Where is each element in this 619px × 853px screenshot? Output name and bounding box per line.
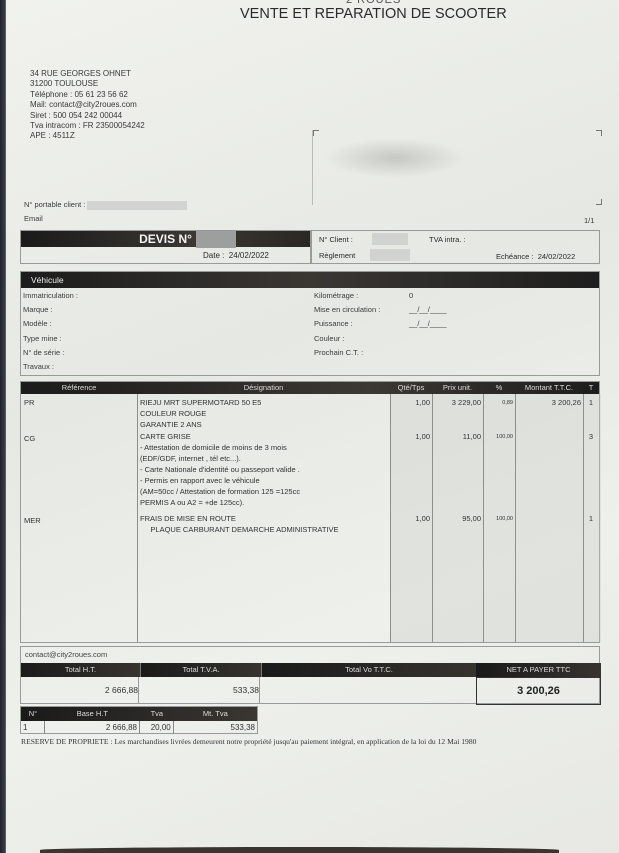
cell-percent: 0,89 [483,400,513,406]
value-first-registration: __/__/____ [409,303,447,317]
cell-qty: 1,00 [390,432,430,441]
cell-amount: 3 200,26 [515,398,581,407]
company-subtitle: VENTE ET REPARATION DE SCOOTER [240,6,507,22]
value-mileage: 0 [409,289,447,303]
quote-date-value: 24/02/2022 [229,251,269,260]
field-model: Modèle : [23,317,78,331]
vehicle-section: Véhicule Immatriculation : Marque : Modè… [20,271,600,376]
net-to-pay-value: 3 200,26 [476,677,601,705]
header-percent: % [483,382,515,394]
quote-lines-table: Référence Désignation Qté/Tps Prix unit.… [20,381,600,643]
field-type-mine: Type mine : [23,332,78,346]
cell-unit-price: 3 229,00 [432,398,481,407]
cell-designation: FRAIS DE MISE EN ROUTE [140,514,236,523]
table-row: 1 2 666,88 20,00 533,38 [21,721,257,734]
cell-tva-base: 2 666,88 [45,721,140,734]
field-first-registration: Mise en circulation : [314,303,380,317]
quote-date: Date : 24/02/2022 [203,251,269,260]
cell-designation: COULEUR ROUGE [140,409,206,418]
vehicle-left-fields: Immatriculation : Marque : Modèle : Type… [23,289,78,374]
header-unit-price: Prix unit. [432,382,483,394]
cell-designation: PLAQUE CARBURANT DEMARCHE ADMINISTRATIVE [140,525,339,534]
cell-reference: MER [24,516,41,525]
cell-tax-code: 1 [583,514,599,523]
cell-tax-code: 3 [583,432,599,441]
quote-date-label: Date : [203,251,224,260]
payment-label: Règlement [319,251,355,260]
header-reference: Référence [21,382,137,394]
client-email-label: Email [24,214,43,223]
header-tva-rate: Tva [140,707,174,721]
field-mileage: Kilométrage : [314,289,380,303]
cell-designation: - Permis en rapport avec le véhicule [140,476,260,485]
cell-designation: (AM=50cc / Attestation de formation 125 … [140,487,300,496]
header-designation: Désignation [137,382,390,394]
cell-designation: (EDF/GDF, internet , tél etc...). [140,454,241,463]
cell-tva-amount: 533,38 [174,721,257,734]
company-phone: Téléphone : 05 61 23 56 62 [30,90,145,100]
redacted-client-number [372,233,408,245]
header-total-vo: Total Vo T.T.C. [262,663,476,677]
cell-designation: CARTE GRISE [140,432,191,441]
address-line: 34 RUE GEORGES OHNET [30,69,145,79]
cell-reference: CG [24,434,35,443]
cell-unit-price: 95,00 [432,514,481,523]
quote-header-box: DEVIS N° Date : 24/02/2022 [20,230,311,264]
vehicle-section-title: Véhicule [21,272,599,288]
cell-tva-number: 1 [21,721,45,734]
header-total-ht: Total H.T. [21,663,141,677]
client-mobile-label: N° portable client : [24,200,85,209]
field-color: Couleur : [314,332,380,346]
cell-qty: 1,00 [390,514,430,523]
field-brand: Marque : [23,303,78,317]
cell-unit-price: 11,00 [432,432,481,441]
company-ape: APE : 4511Z [30,131,145,141]
company-tva: Tva intracom : FR 23500054242 [30,121,145,131]
address-city: 31200 TOULOUSE [30,79,145,89]
totals-section: contact@city2roues.com Total H.T. Total … [20,646,600,704]
cell-qty: 1,00 [390,398,430,407]
photo-shadow [40,847,559,853]
field-registration: Immatriculation : [23,289,78,303]
cell-percent: 100,00 [483,434,513,440]
total-tva-value: 533,38 [141,677,260,704]
cell-tax-code: 1 [583,398,599,407]
tva-table-header: N° Base H.T Tva Mt. Tva [21,707,257,721]
due-date-value: 24/02/2022 [538,252,576,261]
cell-designation: GARANTIE 2 ANS [140,420,202,429]
header-tva-amount: Mt. Tva [174,707,257,721]
client-mobile: N° portable client : [24,200,187,210]
header-tax-code: T [583,382,599,394]
header-tva-number: N° [21,707,45,721]
company-siret: Siret : 500 054 242 00044 [30,111,145,121]
cell-designation: RIEJU MRT SUPERMOTARD 50 E5 [140,398,261,407]
due-date: Echéance : 24/02/2022 [496,252,575,261]
client-info-box: N° Client : TVA intra. : Règlement Echéa… [311,230,600,264]
field-serial: N° de série : [23,346,78,360]
totals-header: Total H.T. Total T.V.A. Total Vo T.T.C. … [21,663,601,677]
redacted-payment [370,249,410,261]
cell-designation: - Attestation de domicile de moins de 3 … [140,443,287,452]
field-works: Travaux : [23,360,78,374]
ownership-clause: RESERVE DE PROPRIETE : Les marchandises … [21,737,476,746]
table-header: Référence Désignation Qté/Tps Prix unit.… [21,382,599,394]
quote-document: 2 ROUES VENTE ET REPARATION DE SCOOTER 3… [6,0,619,853]
total-vo-value [262,677,474,704]
redacted-quote-number [196,231,236,248]
redacted-client-address [325,138,465,178]
company-email: Mail: contact@city2roues.com [30,100,145,110]
page-number: 1/1 [584,216,594,225]
tva-intra-label: TVA intra. : [429,235,466,244]
quote-title-bar: DEVIS N° [21,231,310,247]
vehicle-right-values: 0 __/__/____ __/__/____ [409,289,447,332]
quote-title: DEVIS N° [139,232,192,246]
client-number-label: N° Client : [319,235,353,244]
header-amount: Montant T.T.C. [515,382,583,394]
cell-designation: PERMIS A ou A2 = +de 125cc). [140,498,244,507]
cell-percent: 100,00 [483,516,513,522]
cell-reference: PR [24,398,34,407]
company-address: 34 RUE GEORGES OHNET 31200 TOULOUSE Télé… [30,69,145,142]
field-next-ct: Prochain C.T. : [314,346,380,360]
footer-contact-email: contact@city2roues.com [25,650,107,659]
value-next-ct: __/__/____ [409,317,447,331]
vehicle-right-fields: Kilométrage : Mise en circulation : Puis… [314,289,380,360]
due-date-label: Echéance : [496,252,534,261]
field-power: Puissance : [314,317,380,331]
cell-tva-rate: 20,00 [140,721,174,734]
header-net-to-pay: NET A PAYER TTC [476,663,601,677]
header-qty: Qté/Tps [390,382,432,394]
header-tva-base: Base H.T [45,707,140,721]
redacted-mobile [87,201,187,210]
header-total-tva: Total T.V.A. [141,663,262,677]
client-address-box [312,130,602,205]
cell-designation: - Carte Nationale d'identité ou passepor… [140,465,300,474]
tva-breakdown-table: N° Base H.T Tva Mt. Tva 1 2 666,88 20,00… [20,706,258,734]
total-ht-value: 2 666,88 [21,677,139,704]
